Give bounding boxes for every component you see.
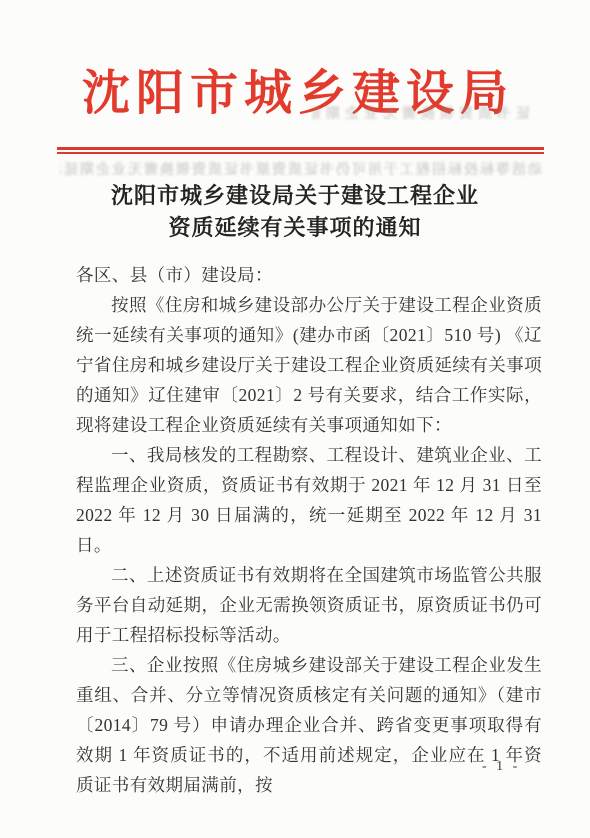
masthead-double-rule [57, 147, 544, 154]
document-page: 沈阳市城乡建设局 证书质资领换需无业企期延动自台 动活等标投标招程工于用可仍书证… [0, 0, 590, 838]
paragraph-item-two: 二、上述资质证书有效期将在全国建筑市场监管公共服务平台自动延期，企业无需换领资质… [76, 560, 542, 650]
bleedthrough-text-under-rule: 动活等标投标招程工于用可仍书证质资原书证质资领换需无业企期延动自台 [60, 159, 542, 179]
agency-masthead: 沈阳市城乡建设局 [0, 62, 590, 127]
paragraph-item-one: 一、我局核发的工程勘察、工程设计、建筑业企业、工程监理企业资质，资质证书有效期于… [76, 440, 542, 560]
paragraph-item-three: 三、企业按照《住房城乡建设部关于建设工程企业发生重组、合并、分立等情况资质核定有… [76, 650, 542, 800]
document-title-line-2: 资质延续有关事项的通知 [0, 212, 590, 244]
page-number: - 1 - [482, 759, 520, 775]
document-title: 沈阳市城乡建设局关于建设工程企业 资质延续有关事项的通知 [0, 180, 590, 244]
paragraph-basis: 按照《住房和城乡建设部办公厅关于建设工程企业资质统一延续有关事项的通知》(建办市… [76, 290, 542, 440]
document-body: 各区、县（市）建设局： 按照《住房和城乡建设部办公厅关于建设工程企业资质统一延续… [76, 260, 542, 800]
salutation-line: 各区、县（市）建设局： [76, 260, 542, 290]
document-title-line-1: 沈阳市城乡建设局关于建设工程企业 [0, 180, 590, 212]
